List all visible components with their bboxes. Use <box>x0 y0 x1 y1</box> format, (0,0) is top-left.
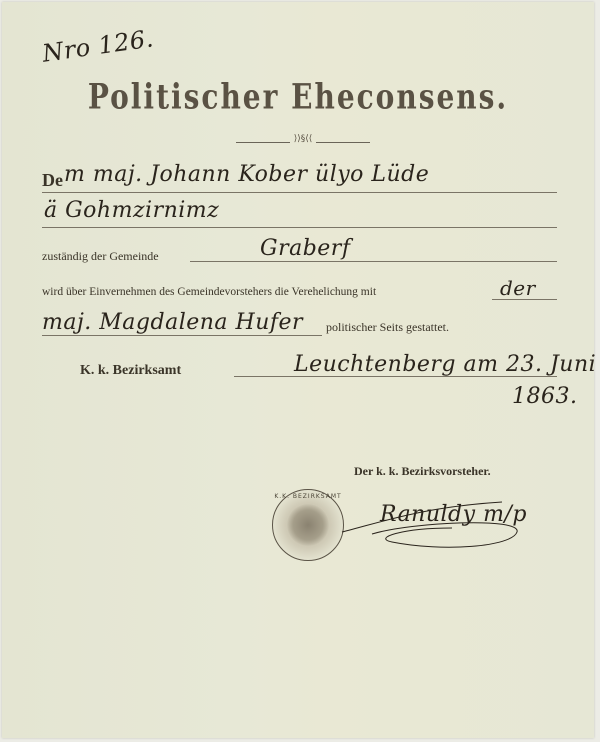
line1-rule <box>42 192 557 193</box>
year-field: 1863. <box>512 384 577 409</box>
groom-name-field: m maj. Johann Kober ülyo Lüde <box>64 162 429 187</box>
line5-rule <box>42 335 322 336</box>
eagle-emblem-icon <box>287 504 329 546</box>
official-title: Der k. k. Bezirksvorsteher. <box>354 464 491 479</box>
document-number: Nro 126. <box>41 24 156 67</box>
line1-prefix: De <box>42 170 63 191</box>
municipality-label: zuständig der Gemeinde <box>42 249 159 264</box>
bride-name-field: maj. Magdalena Hufer <box>42 310 303 335</box>
consent-text: wird über Einvernehmen des Gemeindevorst… <box>42 286 376 298</box>
municipality-field: Graberf <box>260 236 350 261</box>
permission-text: politischer Seits gestattet. <box>326 320 449 335</box>
district-office-label: K. k. Bezirksamt <box>80 363 181 379</box>
ornament-icon: ⟩⟩§⟨⟨ <box>290 134 316 144</box>
line3-rule <box>190 261 557 262</box>
title-ornament: ⟩⟩§⟨⟨ <box>236 138 370 146</box>
document-title: Politischer Eheconsens. <box>2 76 594 117</box>
official-signature: Ranuldy m/p <box>380 502 527 527</box>
line4-rule <box>492 299 557 300</box>
document-page: Nro 126. Politischer Eheconsens. ⟩⟩§⟨⟨ D… <box>2 2 594 738</box>
groom-occupation-field: ä Gohmzirnimz <box>44 198 219 223</box>
line2-rule <box>42 227 557 228</box>
place-date-field: Leuchtenberg am 23. Juni <box>294 352 596 377</box>
bride-article-field: der <box>500 276 536 300</box>
